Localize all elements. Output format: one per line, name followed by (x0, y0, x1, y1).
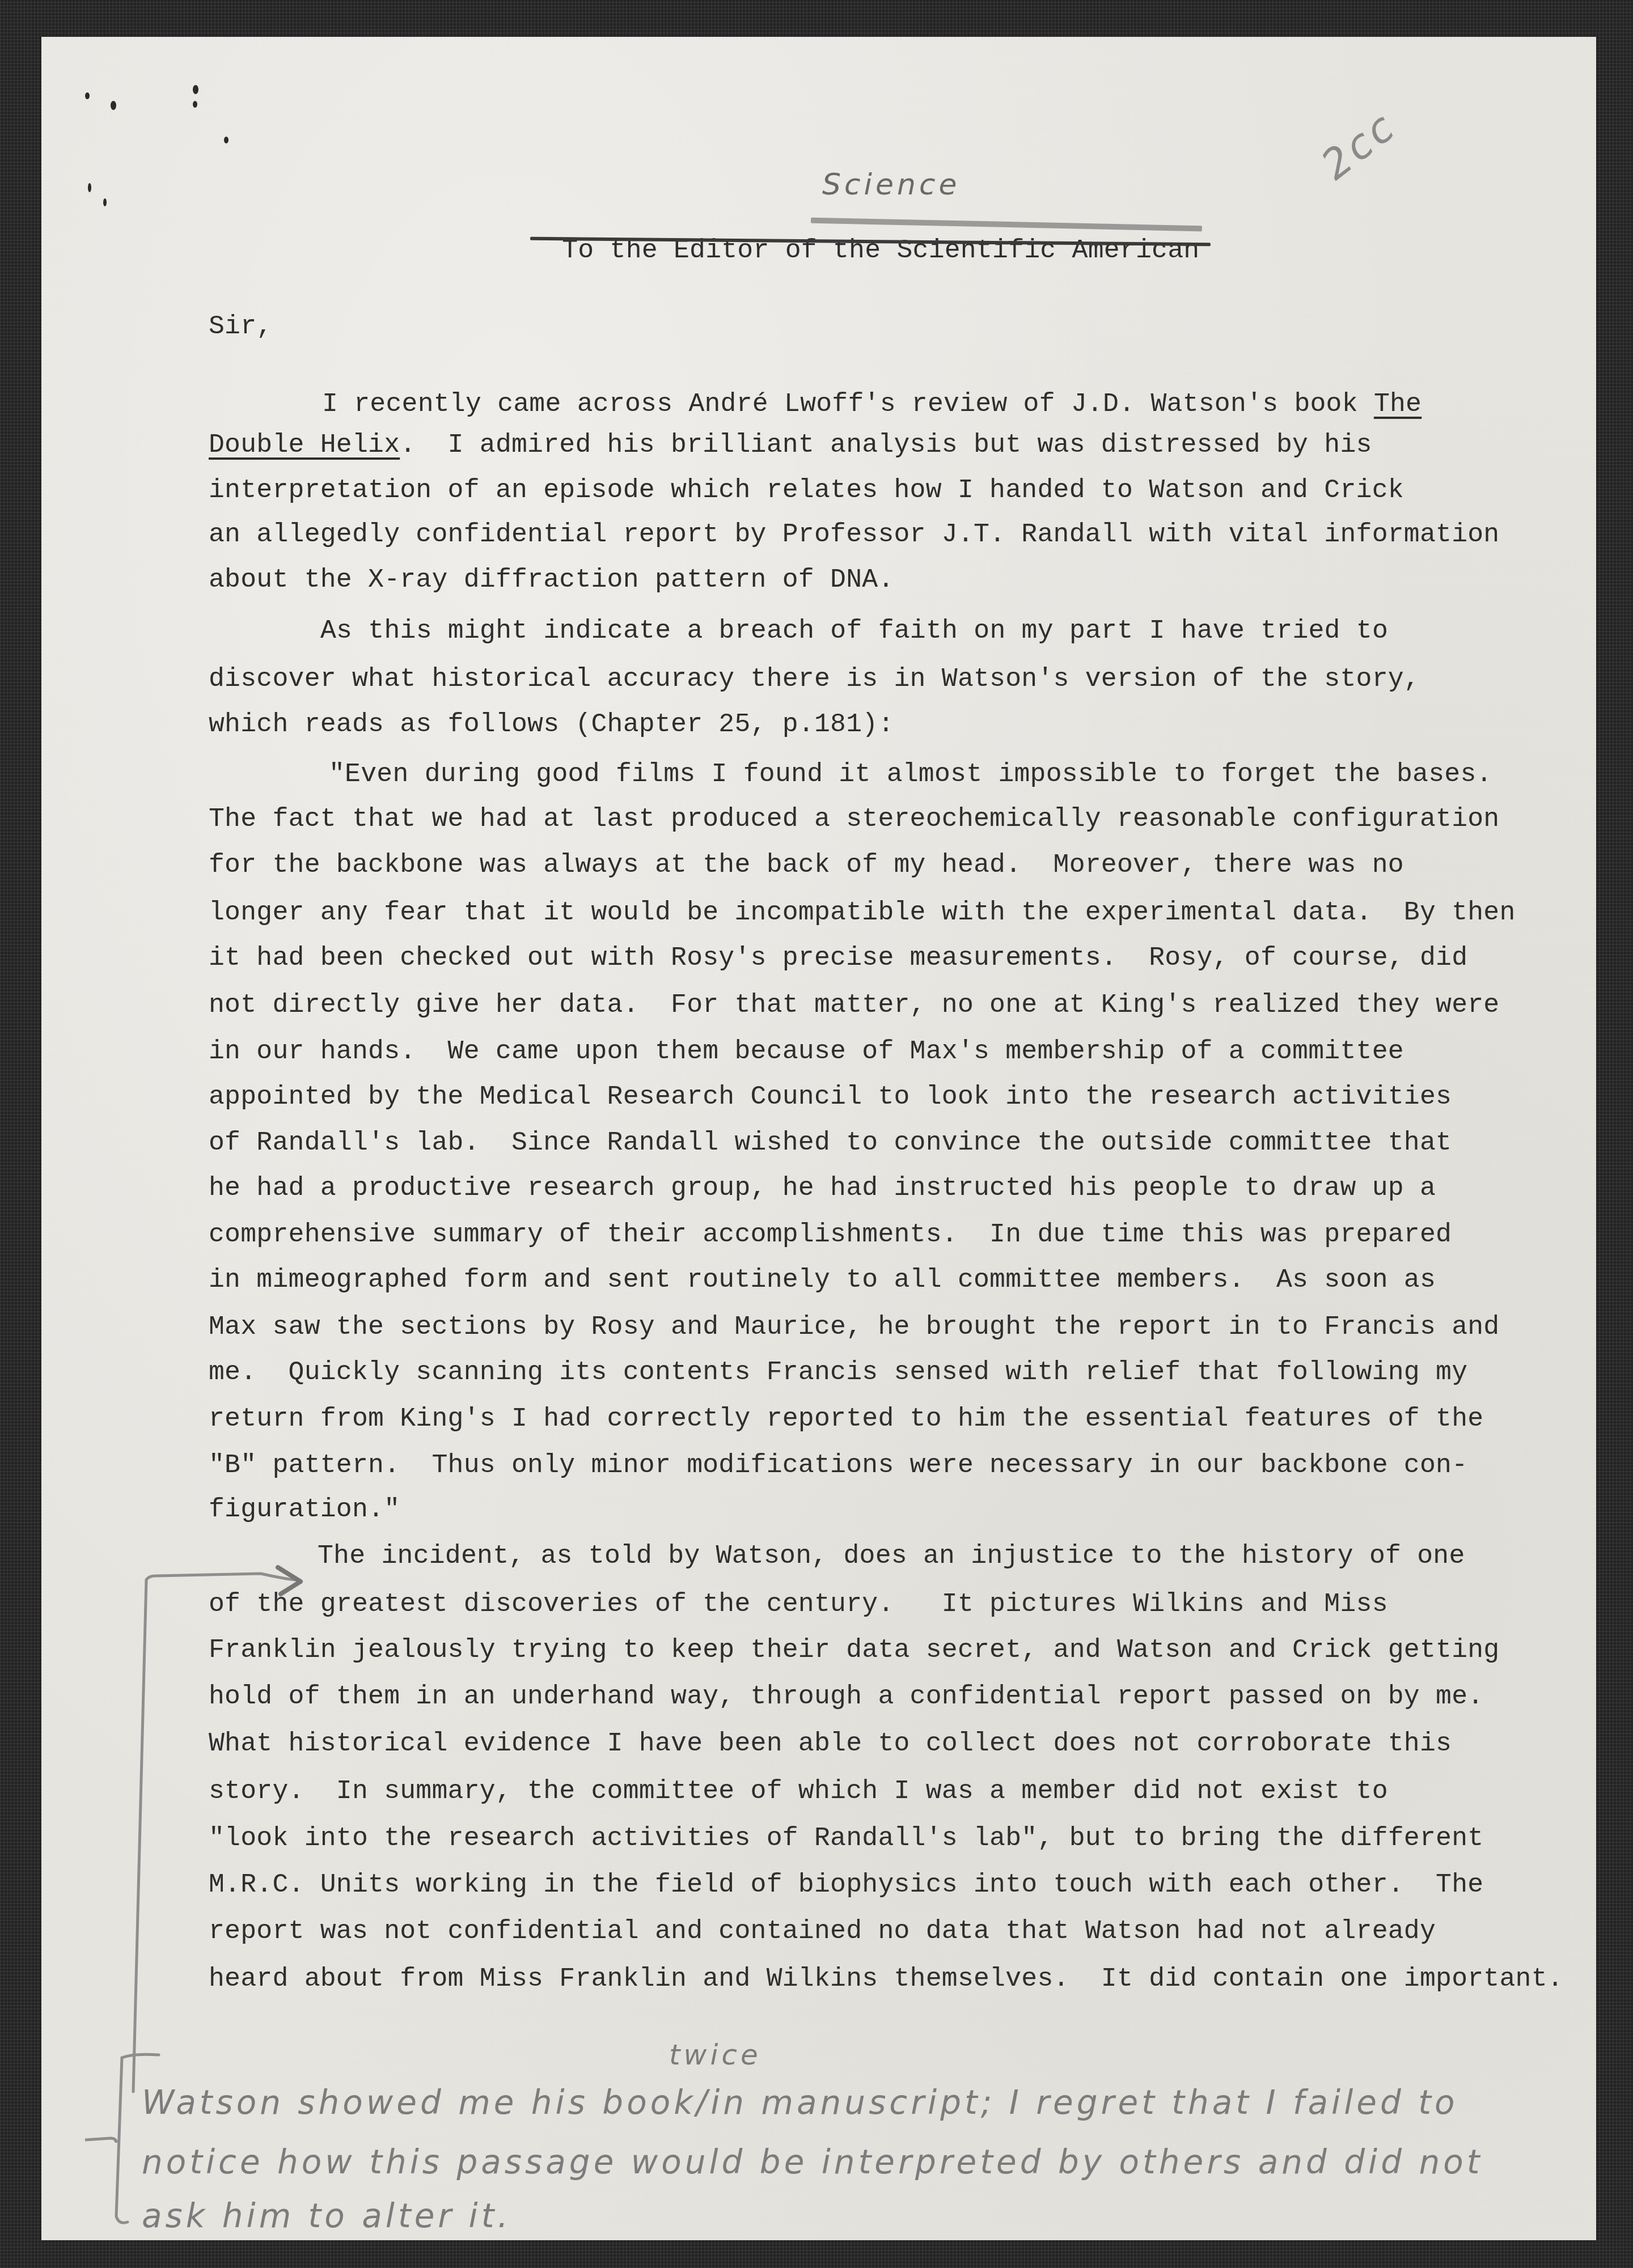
handwritten-note-line: ask him to alter it. (142, 2199, 511, 2232)
pencil-arrow-and-bracket (0, 0, 1633, 2268)
handwritten-insertion-twice: twice (669, 2041, 761, 2069)
handwritten-note-line: Watson showed me his book/in manuscript;… (142, 2086, 1458, 2119)
handwritten-note-line: notice how this passage would be interpr… (142, 2146, 1483, 2178)
